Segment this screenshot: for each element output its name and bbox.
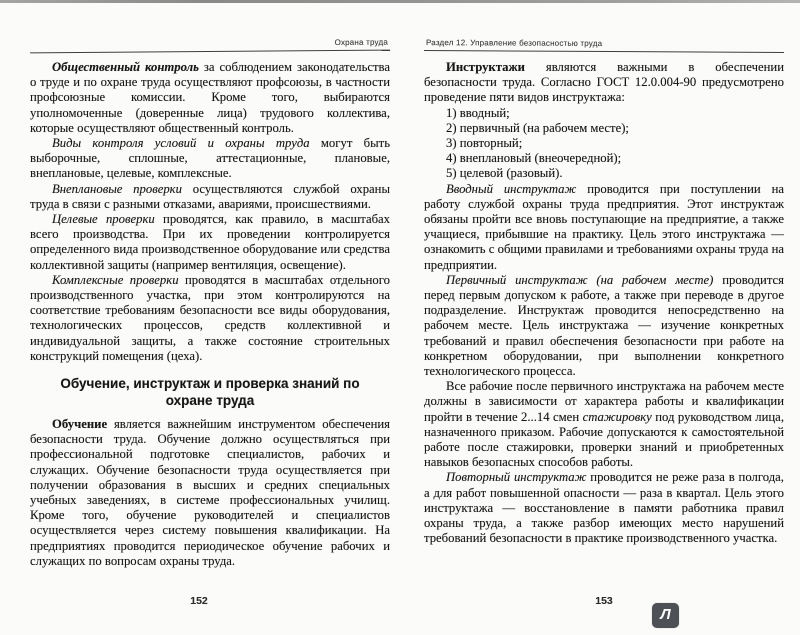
running-header-label: Раздел 12. Управление безопасностью труд…: [424, 35, 604, 48]
text-run: 5) целевой (разовый).: [446, 166, 563, 180]
text-run: 1) вводный;: [446, 106, 510, 120]
text-run: Обучение: [52, 417, 107, 431]
paragraph: Целевые проверки проводятся, как правило…: [30, 212, 390, 273]
text-run: Обучение, инструктаж и проверка знаний п…: [60, 376, 359, 408]
page-number-left: 152: [30, 595, 390, 607]
list-item: 4) внеплановый (внеочередной);: [424, 151, 784, 166]
list-item: 2) первичный (на рабочем месте);: [424, 121, 784, 136]
paragraph: Вводный инструктаж проводится при поступ…: [424, 182, 784, 273]
labirint-logo-badge: Л: [652, 603, 679, 628]
paragraph: Общественный контроль за соблюдением зак…: [30, 60, 390, 136]
list-item: 1) вводный;: [424, 106, 784, 121]
running-header-right: Раздел 12. Управление безопасностью труд…: [424, 35, 784, 53]
paragraph: Первичный инструктаж (на рабочем месте) …: [424, 273, 784, 379]
page-number-right: 153: [424, 595, 784, 607]
running-header-left: Охрана труда: [30, 35, 390, 54]
paragraph: Внеплановые проверки осуществляются служ…: [30, 182, 390, 212]
text-run: 3) повторный;: [446, 136, 522, 150]
page-left: Охрана труда Общественный контроль за со…: [30, 36, 390, 569]
paragraph: Повторный инструктаж проводится не реже …: [424, 470, 784, 546]
text-run: является важнейшим инструментом обеспече…: [30, 417, 390, 568]
paragraph: Инструктажи являются важными в обеспечен…: [424, 60, 784, 106]
page-right: Раздел 12. Управление безопасностью труд…: [424, 36, 784, 547]
page-content-right: Инструктажи являются важными в обеспечен…: [424, 60, 784, 547]
book-scan-spread: { "document": { "kind": "book scan sprea…: [0, 0, 800, 635]
text-run: стажировку: [583, 410, 652, 424]
list-item: 3) повторный;: [424, 136, 784, 151]
paragraph: Обучение является важнейшим инструментом…: [30, 417, 390, 569]
text-run: 2) первичный (на рабочем месте);: [446, 121, 629, 135]
text-run: Первичный инструктаж (на рабочем месте): [446, 273, 713, 287]
text-run: Общественный контроль: [52, 60, 199, 74]
section-heading: Обучение, инструктаж и проверка знаний п…: [50, 375, 370, 409]
text-run: Инструктажи: [446, 60, 525, 74]
paragraph: Комплексные проверки проводятся в масшта…: [30, 273, 390, 364]
text-run: 4) внеплановый (внеочередной);: [446, 151, 621, 165]
page-content-left: Общественный контроль за соблюдением зак…: [30, 60, 390, 569]
text-run: Комплексные проверки: [52, 273, 179, 287]
logo-letter: Л: [660, 607, 670, 622]
text-run: проводится перед первым допуском к работ…: [424, 273, 784, 378]
text-run: Вводный инструктаж: [446, 182, 576, 196]
text-run: Внеплановые проверки: [52, 182, 182, 196]
text-run: Повторный инструктаж: [446, 470, 586, 484]
text-run: Целевые проверки: [52, 212, 155, 226]
list-item: 5) целевой (разовый).: [424, 166, 784, 181]
paragraph: Все рабочие после первичного инструктажа…: [424, 379, 784, 470]
scan-edge-strip: [0, 0, 800, 3]
text-run: Виды контроля условий и охраны труда: [52, 136, 310, 150]
running-header-label: Охрана труда: [333, 35, 390, 47]
paragraph: Виды контроля условий и охраны труда мог…: [30, 136, 390, 182]
